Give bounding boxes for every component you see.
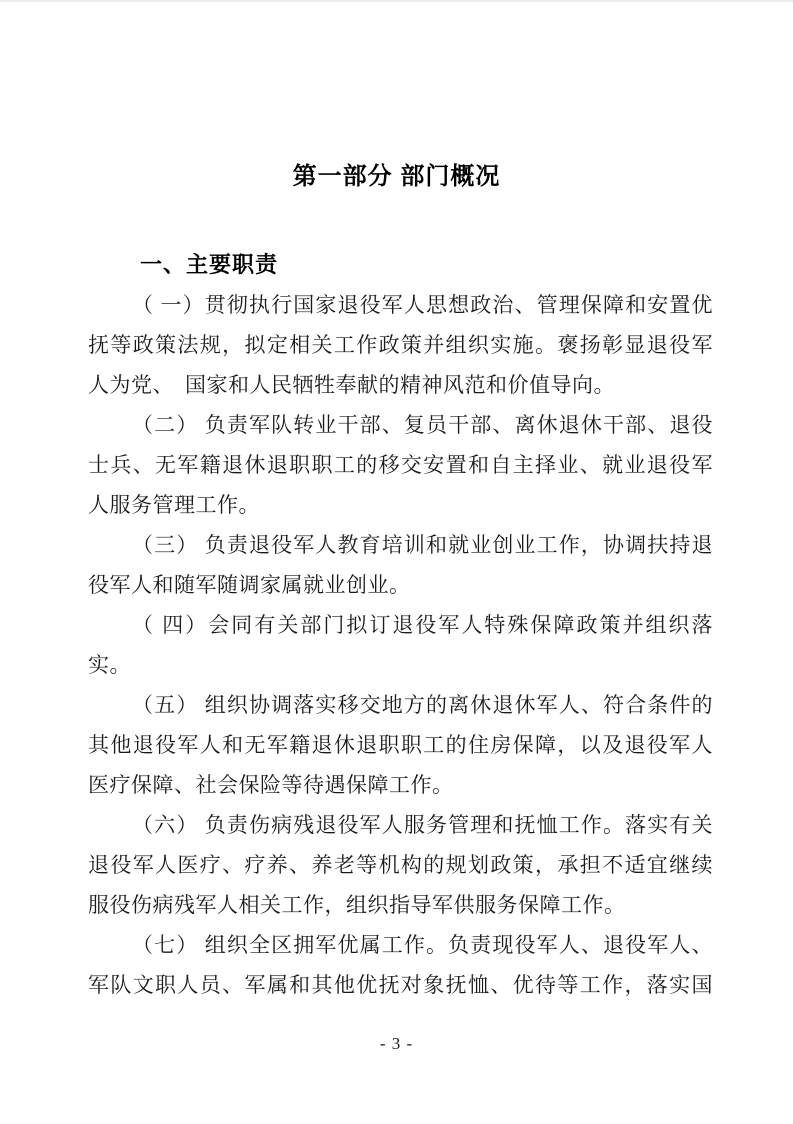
body-line: （ 四）会同有关部门拟订退役军人特殊保障政策并组织落 <box>88 605 713 645</box>
body-line: 服役伤病残军人相关工作，组织指导军供服务保障工作。 <box>88 885 713 925</box>
body-line: 实。 <box>88 645 713 685</box>
body-line: （三） 负责退役军人教育培训和就业创业工作，协调扶持退 <box>88 525 713 565</box>
body-line: 役军人和随军随调家属就业创业。 <box>88 565 713 605</box>
body-text-block: （ 一）贯彻执行国家退役军人思想政治、管理保障和安置优 抚等政策法规，拟定相关工… <box>88 285 713 1005</box>
document-page: 第一部分 部门概况 一、主要职责 （ 一）贯彻执行国家退役军人思想政治、管理保障… <box>0 0 793 1124</box>
body-line: 退役军人医疗、疗养、养老等机构的规划政策，承担不适宜继续 <box>88 845 713 885</box>
body-line: （ 一）贯彻执行国家退役军人思想政治、管理保障和安置优 <box>88 285 713 325</box>
body-line: 人为党、 国家和人民牺牲奉献的精神风范和价值导向。 <box>88 365 713 405</box>
body-line: 士兵、无军籍退休退职职工的移交安置和自主择业、就业退役军 <box>88 445 713 485</box>
body-line: 医疗保障、社会保险等待遇保障工作。 <box>88 765 713 805</box>
body-line: （五） 组织协调落实移交地方的离休退休军人、符合条件的 <box>88 685 713 725</box>
document-title: 第一部分 部门概况 <box>0 162 793 192</box>
body-line: （六） 负责伤病残退役军人服务管理和抚恤工作。落实有关 <box>88 805 713 845</box>
page-number: - 3 - <box>0 1033 793 1055</box>
body-line: 人服务管理工作。 <box>88 485 713 525</box>
body-line: 抚等政策法规，拟定相关工作政策并组织实施。褒扬彰显退役军 <box>88 325 713 365</box>
section-heading: 一、主要职责 <box>140 251 278 279</box>
body-line: 其他退役军人和无军籍退休退职职工的住房保障，以及退役军人 <box>88 725 713 765</box>
body-line: （二） 负责军队转业干部、复员干部、离休退休干部、退役 <box>88 405 713 445</box>
body-line: （七） 组织全区拥军优属工作。负责现役军人、退役军人、 <box>88 925 713 965</box>
body-line: 军队文职人员、军属和其他优抚对象抚恤、优待等工作，落实国 <box>88 965 713 1005</box>
